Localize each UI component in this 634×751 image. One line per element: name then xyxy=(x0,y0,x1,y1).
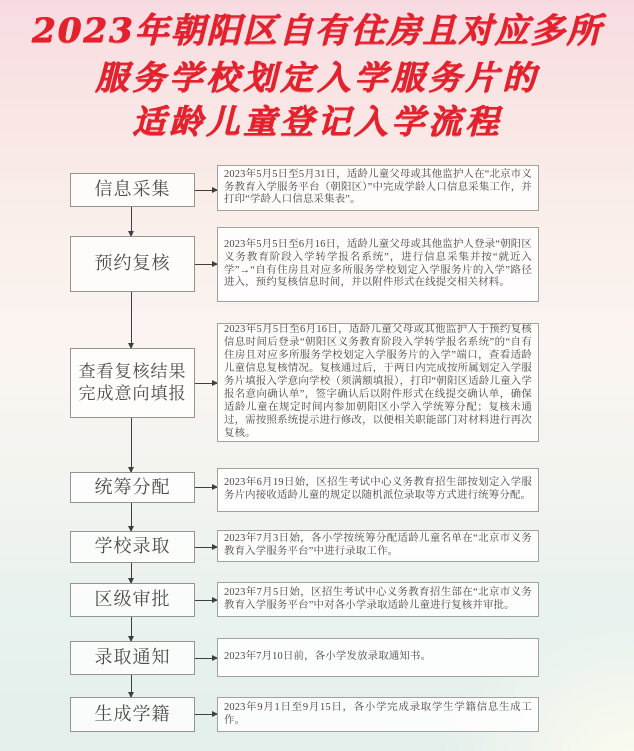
right-arrow xyxy=(195,547,217,548)
step-label: 查看复核结果 完成意向填报 xyxy=(79,361,187,405)
step-box-school-admission: 学校录取 xyxy=(70,531,195,563)
detail-box-appointment-review: 2023年5月5日至6月16日，适龄儿童父母或其他监护人登录“朝阳区义务教育阶段… xyxy=(217,227,539,302)
detail-text: 2023年7月5日始，区招生考试中心义务教育招生部在“北京市义务教育入学服务平台… xyxy=(224,587,532,613)
detail-box-info-collection: 2023年5月5日至5月31日，适龄儿童父母或其他监护人在“北京市义务教育入学服… xyxy=(217,165,539,211)
detail-box-school-admission: 2023年7月3日始，各小学按统筹分配适龄儿童名单在“北京市义务教育入学服务平台… xyxy=(217,530,539,562)
step-box-overall-allocation: 统筹分配 xyxy=(70,472,195,503)
step-box-student-status: 生成学籍 xyxy=(70,697,195,732)
down-arrow xyxy=(131,675,132,697)
right-arrow xyxy=(195,264,217,265)
detail-box-check-result-intention: 2023年5月5日至6月16日，适龄儿童父母或其他监护人于预约复核信息时间后登录… xyxy=(217,323,539,442)
title-line-1: 2023年朝阳区自有住房且对应多所 xyxy=(0,8,634,55)
step-box-district-approval: 区级审批 xyxy=(70,583,195,617)
step-label: 录取通知 xyxy=(95,646,171,669)
detail-box-student-status: 2023年9月1日至9月15日，各小学完成录取学生学籍信息生成工作。 xyxy=(217,697,539,732)
detail-text: 2023年5月5日至6月16日，适龄儿童父母或其他监护人登录“朝阳区义务教育阶段… xyxy=(224,239,532,291)
step-label: 统筹分配 xyxy=(95,476,171,499)
title-line-3: 适龄儿童登记入学流程 xyxy=(0,100,634,144)
detail-box-overall-allocation: 2023年6月19日始，区招生考试中心义务教育招生部按划定入学服务片内接收适龄儿… xyxy=(217,468,539,512)
right-arrow xyxy=(195,600,217,601)
down-arrow xyxy=(131,563,132,583)
detail-text: 2023年5月5日至6月16日，适龄儿童父母或其他监护人于预约复核信息时间后登录… xyxy=(224,324,532,440)
detail-text: 2023年7月10日前，各小学发放录取通知书。 xyxy=(224,651,532,664)
page-title: 2023年朝阳区自有住房且对应多所 服务学校划定入学服务片的 适龄儿童登记入学流… xyxy=(0,8,634,144)
right-arrow xyxy=(195,487,217,488)
detail-text: 2023年9月1日至9月15日，各小学完成录取学生学籍信息生成工作。 xyxy=(224,702,532,728)
detail-text: 2023年6月19日始，区招生考试中心义务教育招生部按划定入学服务片内接收适龄儿… xyxy=(224,477,532,503)
step-label: 区级审批 xyxy=(95,588,171,611)
right-arrow xyxy=(195,714,217,715)
flowchart-page: 2023年朝阳区自有住房且对应多所 服务学校划定入学服务片的 适龄儿童登记入学流… xyxy=(0,0,634,751)
right-arrow xyxy=(195,658,217,659)
step-label: 预约复核 xyxy=(95,252,171,275)
step-box-info-collection: 信息采集 xyxy=(70,173,195,207)
detail-box-district-approval: 2023年7月5日始，区招生考试中心义务教育招生部在“北京市义务教育入学服务平台… xyxy=(217,582,539,617)
detail-box-admission-notice: 2023年7月10日前，各小学发放录取通知书。 xyxy=(217,638,539,677)
step-box-admission-notice: 录取通知 xyxy=(70,641,195,675)
down-arrow xyxy=(131,617,132,641)
right-arrow xyxy=(195,383,217,384)
down-arrow xyxy=(131,207,132,236)
title-line-2: 服务学校划定入学服务片的 xyxy=(0,55,634,100)
down-arrow xyxy=(131,292,132,348)
step-label: 学校录取 xyxy=(95,535,171,558)
step-box-appointment-review: 预约复核 xyxy=(70,236,195,292)
down-arrow xyxy=(131,418,132,472)
step-label: 信息采集 xyxy=(95,178,171,201)
step-box-check-result-intention: 查看复核结果 完成意向填报 xyxy=(70,348,195,418)
detail-text: 2023年7月3日始，各小学按统筹分配适龄儿童名单在“北京市义务教育入学服务平台… xyxy=(224,533,532,559)
right-arrow xyxy=(195,190,217,191)
step-label: 生成学籍 xyxy=(95,703,171,726)
down-arrow xyxy=(131,503,132,531)
detail-text: 2023年5月5日至5月31日，适龄儿童父母或其他监护人在“北京市义务教育入学服… xyxy=(224,169,532,208)
